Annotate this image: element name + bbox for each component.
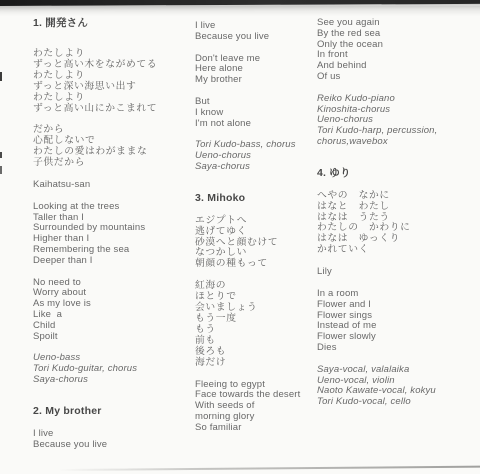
lyrics-column-1: 1. 開発さんわたしよりずっと高い木をながめてるわたしよりずっと深い海思い出すわ… (33, 17, 188, 461)
lyrics-stanza: Lily (317, 267, 475, 278)
lyrics-stanza: I liveBecause you live (33, 429, 188, 451)
lyrics-stanza: Kaihatsu-san (33, 180, 188, 191)
lyrics-stanza: I liveBecause you live (195, 21, 325, 43)
lyric-line: So familiar (195, 423, 325, 434)
lyrics-column-3: See you againBy the red seaOnly the ocea… (317, 18, 475, 427)
lyric-line: Because you live (33, 440, 188, 451)
lyrics-stanza: だから心配しないでわたしの愛はわがままな子供だから (33, 125, 188, 169)
lyric-line: Deeper than I (33, 256, 188, 267)
lyric-line: Of us (317, 72, 475, 83)
lyric-line: Spoilt (33, 332, 188, 343)
lyrics-stanza: Fleeing to egyptFace towards the desertW… (195, 380, 325, 434)
lyric-line: ずっと深い海思い出す (33, 82, 188, 93)
song-title: 1. 開発さん (33, 17, 188, 29)
page-top-fade (0, 6, 480, 16)
lyrics-stanza: わたしよりずっと高い木をながめてるわたしよりずっと深い海思い出すわたしよりずっと… (33, 49, 188, 114)
credit-line: Saya-chorus (195, 162, 325, 173)
song-title-text: 1. 開発さん (33, 17, 188, 29)
lyric-line: Dies (317, 343, 475, 354)
credits-block: Tori Kudo-bass, chorusUeno-chorusSaya-ch… (195, 140, 325, 172)
credits-block: Saya-vocal, valalaikaUeno-vocal, violinN… (317, 365, 475, 408)
lyric-line: Like a (33, 310, 188, 321)
scan-speck (0, 72, 2, 81)
lyric-line: Lily (317, 267, 475, 278)
credit-line: Tori Kudo-vocal, cello (317, 397, 475, 408)
lyrics-stanza: See you againBy the red seaOnly the ocea… (317, 18, 475, 83)
lyrics-stanza: 紅海のほとりで会いましょうもう一度もう前も後ろも海だけ (195, 281, 325, 368)
credits-block: Ueno-bassTori Kudo-guitar, chorusSaya-ch… (33, 353, 188, 385)
lyrics-stanza: In a roomFlower and IFlower singsInstead… (317, 289, 475, 354)
song-title-text: 2. My brother (33, 405, 188, 417)
lyric-line: Flower slowly (317, 332, 475, 343)
lyric-line: By the red sea (317, 29, 475, 40)
lyric-line: 子供だから (33, 158, 188, 169)
scan-speck (0, 152, 2, 158)
lyric-line: 海だけ (195, 358, 325, 369)
lyrics-stanza: Don't leave meHere aloneMy brother (195, 54, 325, 86)
lyric-line: 朝顔の種もって (195, 259, 325, 270)
lyric-line: はなと わたし (317, 202, 475, 213)
lyric-line: Flower and I (317, 300, 475, 311)
booklet-page: 1. 開発さんわたしよりずっと高い木をながめてるわたしよりずっと深い海思い出すわ… (0, 0, 480, 474)
lyrics-stanza: エジプトへ逃げてゆく砂漠へと顔むけてなつかしい朝顔の種もって (195, 216, 325, 271)
lyric-line: Because you live (195, 32, 325, 43)
lyric-line: ずっと高い山にかこまれて (33, 104, 188, 115)
lyric-line: Kaihatsu-san (33, 180, 188, 191)
lyrics-stanza: Looking at the treesTaller than ISurroun… (33, 202, 188, 267)
lyrics-stanza: No need toWorry aboutAs my love isLike a… (33, 278, 188, 343)
credits-block: Reiko Kudo-pianoKinoshita-chorusUeno-cho… (317, 94, 475, 148)
song-title: 2. My brother (33, 405, 188, 417)
credit-line: Saya-chorus (33, 375, 188, 386)
credit-line: chorus,wavebox (317, 137, 475, 148)
lyric-line: My brother (195, 75, 325, 86)
lyric-line: 逃げてゆく (195, 227, 325, 238)
lyric-line: 後ろも (195, 347, 325, 358)
page-bottom-edge-line (58, 466, 480, 471)
lyrics-stanza: ButI knowI'm not alone (195, 97, 325, 129)
lyric-line: I know (195, 108, 325, 119)
scan-speck (0, 166, 2, 174)
lyric-line: Child (33, 321, 188, 332)
song-title: 4. ゆり (317, 167, 475, 179)
lyrics-stanza: へやの なかにはなと わたしはなは うたうわたしの かわりにはなは ゆっくりかれ… (317, 191, 475, 256)
song-title-text: 3. Mihoko (195, 192, 325, 204)
lyric-line: I'm not alone (195, 119, 325, 130)
credit-line: Reiko Kudo-piano (317, 94, 475, 105)
lyric-line: かれていく (317, 245, 475, 256)
lyric-line: わたしより (33, 93, 188, 104)
lyrics-column-2: I liveBecause you liveDon't leave meHere… (195, 21, 325, 445)
song-title-text: 4. ゆり (317, 167, 475, 179)
lyric-line: I live (33, 429, 188, 440)
song-title: 3. Mihoko (195, 192, 325, 204)
credit-line: Saya-vocal, valalaika (317, 365, 475, 376)
lyric-line: And behind (317, 61, 475, 72)
